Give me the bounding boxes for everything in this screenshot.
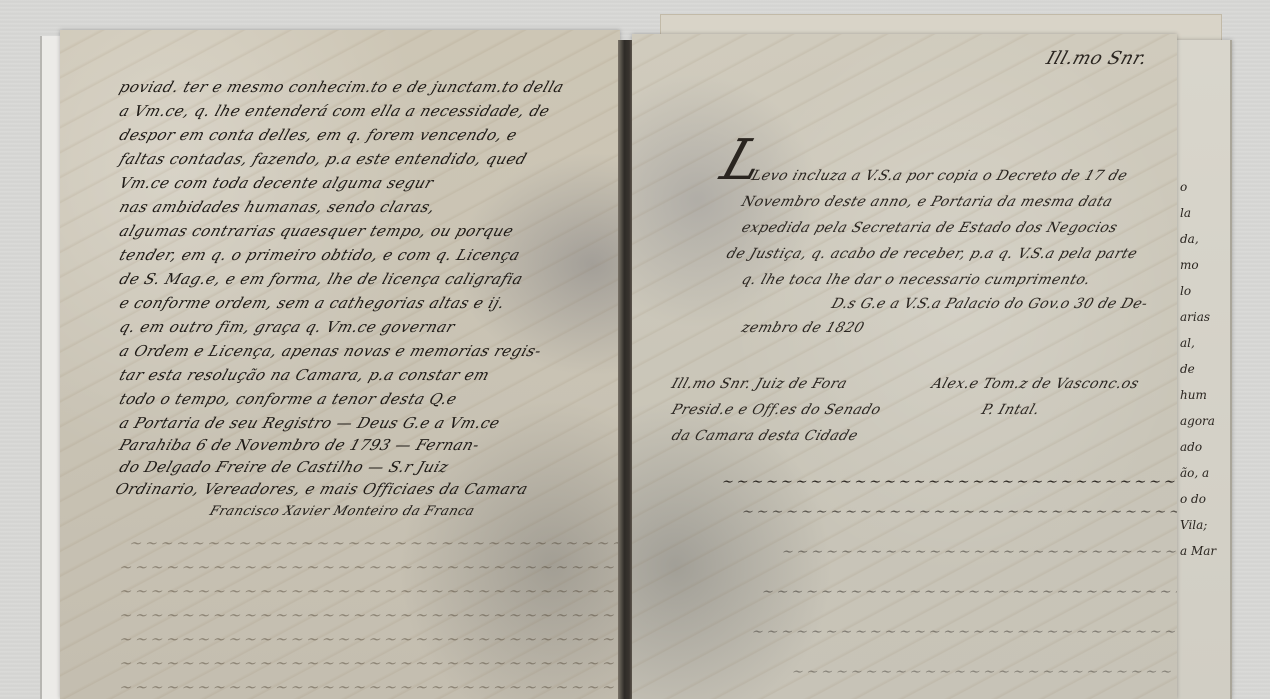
faded-line: ~~~~~~~~~~~~~~~~~~~~~~~~~~~~~~~~~~~~~~~~…: [127, 534, 620, 552]
date-line: zembro de 1820: [739, 320, 866, 336]
manuscript-line: todo o tempo, conforme a tenor desta Q.e: [117, 390, 459, 408]
faded-line: ~~~~~~~~~~~~~~~~~~~~~~~~~~~~~~~~~~~~~~~~…: [117, 630, 620, 648]
margin-word: o: [1180, 180, 1240, 206]
manuscript-line: tar esta resolução na Camara, p.a consta…: [117, 366, 492, 384]
faded-line: ~~~~~~~~~~~~~~~~~~~~~~~~~~: [789, 664, 1177, 680]
faded-line: ~~~~~~~~~~~~~~~~~~~~~~~~~~~~~~~~: [749, 624, 1177, 640]
letter-line: q. lhe toca lhe dar o necessario cumprim…: [739, 272, 1092, 288]
letter-line: de Justiça, q. acabo de receber, p.a q. …: [724, 246, 1139, 262]
margin-word: ão, a: [1180, 466, 1240, 492]
signature: Alex.e Tom.z de Vasconc.os: [929, 376, 1141, 392]
margin-word: la: [1180, 206, 1240, 232]
margin-word: mo: [1180, 258, 1240, 284]
manuscript-line: Ordinario, Vereadores, e mais Officiaes …: [113, 480, 530, 498]
faded-line: ~~~~~~~~~~~~~~~~~~~~~~~~~~~~~~~~~~~~~~~~…: [117, 654, 620, 672]
margin-word: Vila;: [1180, 518, 1240, 544]
margin-word: hum: [1180, 388, 1240, 414]
letter-line: Novembro deste anno, e Portaria da mesma…: [739, 194, 1114, 210]
letter-line: expedida pela Secretaria de Estado dos N…: [739, 220, 1119, 236]
margin-word: a Mar: [1180, 544, 1240, 570]
margin-word: arias: [1180, 310, 1240, 336]
salutation: Ill.mo Snr.: [1044, 48, 1151, 69]
signature-title: P. Intal.: [979, 402, 1042, 418]
manuscript-line: despor em conta delles, em q. forem venc…: [117, 126, 520, 144]
left-manuscript-page: poviad. ter e mesmo conhecim.to e de jun…: [60, 30, 620, 699]
manuscript-line: tender, em q. o primeiro obtido, e com q…: [117, 246, 523, 264]
faded-line: ~~~~~~~~~~~~~~~~~~~~~~~~~~~~~~~~~~~~~~~~…: [117, 558, 620, 576]
manuscript-line: de S. Mag.e, e em forma, lhe de licença …: [117, 270, 525, 288]
margin-word: lo: [1180, 284, 1240, 310]
margin-word: ado: [1180, 440, 1240, 466]
manuscript-line: do Delgado Freire de Castilho — S.r Juiz: [117, 458, 451, 476]
margin-word: da,: [1180, 232, 1240, 258]
margin-word: de: [1180, 362, 1240, 388]
manuscript-line: e conforme ordem, sem a cathegorias alta…: [117, 294, 507, 312]
right-manuscript-page: Ill.mo Snr. L Levo incluza a V.S.a por c…: [632, 34, 1177, 699]
addressee-line: Presid.e e Off.es do Senado: [669, 402, 883, 418]
faded-line: ~~~~~~~~~~~~~~~~~~~~~~~~~~~~~~~~~~~~~: [719, 474, 1177, 490]
manuscript-line: a Vm.ce, q. lhe entenderá com ella a nec…: [117, 102, 552, 120]
margin-word: al,: [1180, 336, 1240, 362]
faded-line: ~~~~~~~~~~~~~~~~~~~~~~~~~~~~~~~~~~~~~~~~…: [117, 582, 620, 600]
margin-word: agora: [1180, 414, 1240, 440]
letter-line: D.s G.e a V.S.a Palacio do Gov.o 30 de D…: [829, 296, 1150, 312]
manuscript-line: poviad. ter e mesmo conhecim.to e de jun…: [117, 78, 566, 96]
manuscript-line: algumas contrarias quaesquer tempo, ou p…: [117, 222, 516, 240]
faded-line: ~~~~~~~~~~~~~~~~~~~~~~~~~~~~~~: [759, 584, 1177, 600]
manuscript-line: a Portaria de seu Registro — Deus G.e a …: [117, 414, 502, 432]
manuscript-line: q. em outro fim, graça q. Vm.ce governar: [117, 318, 457, 336]
faded-line: ~~~~~~~~~~~~~~~~~~~~~~~~~~~~~~~~~~~~~~~~…: [117, 606, 620, 624]
margin-word: o do: [1180, 492, 1240, 518]
letter-line: Levo incluza a V.S.a por copia o Decreto…: [749, 168, 1129, 184]
addressee-line: Ill.mo Snr. Juiz de Fora: [669, 376, 849, 392]
manuscript-line: a Ordem e Licença, apenas novas e memori…: [117, 342, 544, 360]
signature-line: Francisco Xavier Monteiro da Franca: [208, 504, 477, 519]
manuscript-line: Parahiba 6 de Novembro de 1793 — Fernan-: [117, 436, 482, 454]
faded-line: ~~~~~~~~~~~~~~~~~~~~~~~~~~~~: [779, 544, 1177, 560]
manuscript-line: Vm.ce com toda decente alguma segur: [117, 174, 436, 192]
addressee-line: da Camara desta Cidade: [669, 428, 860, 444]
faded-line: ~~~~~~~~~~~~~~~~~~~~~~~~~~~~~~~~~~: [739, 504, 1177, 520]
underlying-page-margin-text: o la da, mo lo arias al, de hum agora ad…: [1180, 180, 1240, 570]
faded-line: ~~~~~~~~~~~~~~~~~~~~~~~~~~~~~~~~~~~~~~~~…: [117, 678, 620, 696]
manuscript-line: nas ambidades humanas, sendo claras,: [117, 198, 438, 216]
manuscript-line: faltas contadas, fazendo, p.a este enten…: [117, 150, 529, 168]
